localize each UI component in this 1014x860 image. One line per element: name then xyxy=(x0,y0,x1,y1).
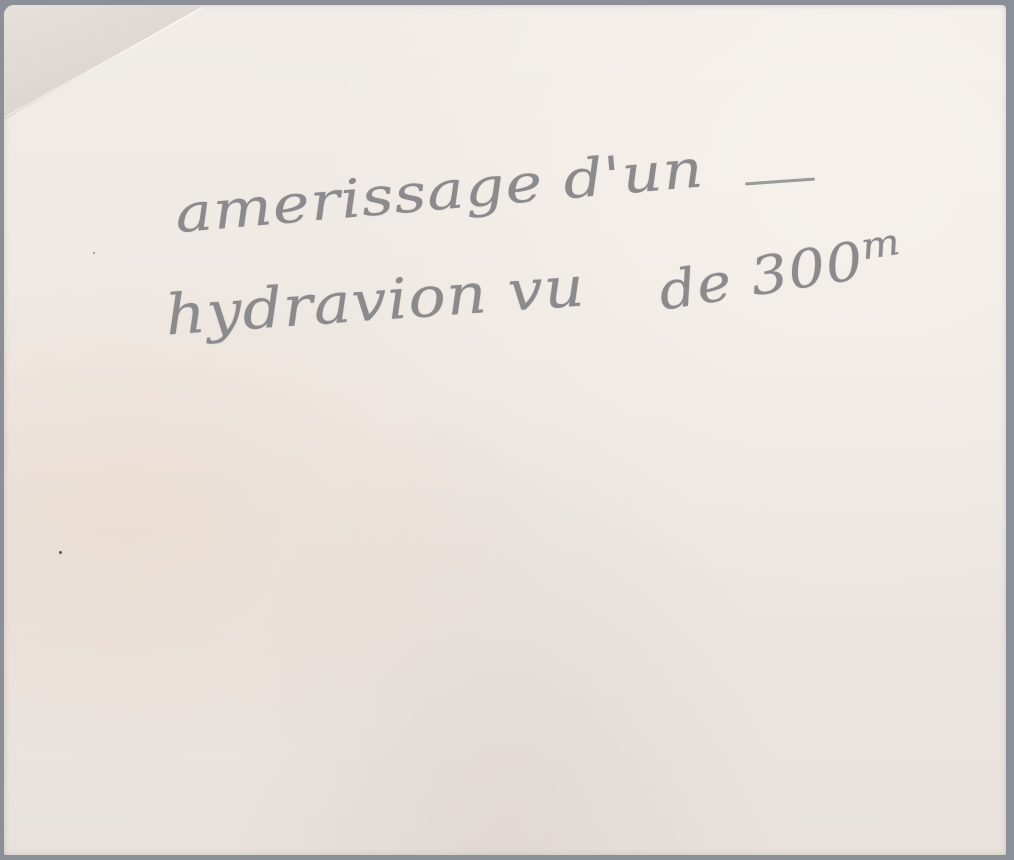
scanned-page: amerissage d'un hydravion vu de 300m xyxy=(0,0,1014,860)
handwriting-line-1: amerissage d'un xyxy=(173,137,707,245)
altitude-value: de 300 xyxy=(654,230,868,323)
handwritten-note: amerissage d'un hydravion vu de 300m xyxy=(0,0,1014,860)
handwriting-line-3: de 300m xyxy=(654,220,907,323)
handwriting-underline-stroke xyxy=(745,178,815,186)
altitude-unit: m xyxy=(858,220,904,269)
handwriting-line-2: hydravion vu xyxy=(163,253,587,348)
